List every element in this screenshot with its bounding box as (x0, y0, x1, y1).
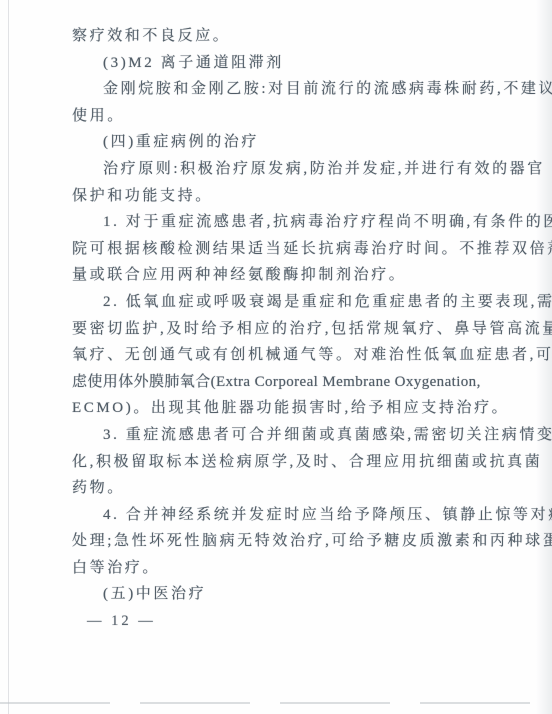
text-line: 要密切监护,及时给予相应的治疗,包括常规氧疗、鼻导管高流量 (72, 316, 512, 343)
text-line: 金刚烷胺和金刚乙胺:对目前流行的流感病毒株耐药,不建议 (72, 76, 512, 103)
section-heading: (四)重症病例的治疗 (72, 129, 512, 156)
text-line: 4. 合并神经系统并发症时应当给予降颅压、镇静止惊等对症 (72, 502, 512, 529)
left-scan-edge-line (8, 0, 9, 714)
text-line: 1. 对于重症流感患者,抗病毒治疗疗程尚不明确,有条件的医 (72, 209, 512, 236)
text-line: 处理;急性坏死性脑病无特效治疗,可给予糖皮质激素和丙种球蛋 (72, 528, 512, 555)
text-line: 化,积极留取标本送检病原学,及时、合理应用抗细菌或抗真菌 (72, 449, 512, 476)
text-line: 2. 低氧血症或呼吸衰竭是重症和危重症患者的主要表现,需 (72, 289, 512, 316)
subsection-heading: (3)M2 离子通道阻滞剂 (72, 50, 512, 77)
page-number: — 12 — (72, 608, 512, 635)
text-line: 药物。 (72, 475, 512, 502)
text-line: 保护和功能支持。 (72, 183, 512, 210)
scanned-document-page: 察疗效和不良反应。 (3)M2 离子通道阻滞剂 金刚烷胺和金刚乙胺:对目前流行的… (0, 0, 552, 714)
text-line: 治疗原则:积极治疗原发病,防治并发症,并进行有效的器官 (72, 156, 512, 183)
text-line: 察疗效和不良反应。 (72, 23, 512, 50)
text-line: 白等治疗。 (72, 555, 512, 582)
text-line: 虑使用体外膜肺氧合(Extra Corporeal Membrane Oxyge… (72, 369, 512, 396)
text-line: 3. 重症流感患者可合并细菌或真菌感染,需密切关注病情变 (72, 422, 512, 449)
document-body: 察疗效和不良反应。 (3)M2 离子通道阻滞剂 金刚烷胺和金刚乙胺:对目前流行的… (72, 23, 512, 635)
text-line: 使用。 (72, 103, 512, 130)
text-line: 氧疗、无创通气或有创机械通气等。对难治性低氧血症患者,可考 (72, 342, 512, 369)
bottom-scan-edge-line (0, 702, 552, 704)
text-line: 量或联合应用两种神经氨酸酶抑制剂治疗。 (72, 262, 512, 289)
text-line: ECMO)。出现其他脏器功能损害时,给予相应支持治疗。 (72, 395, 512, 422)
section-heading: (五)中医治疗 (72, 581, 512, 608)
text-line: 院可根据核酸检测结果适当延长抗病毒治疗时间。不推荐双倍剂 (72, 236, 512, 263)
